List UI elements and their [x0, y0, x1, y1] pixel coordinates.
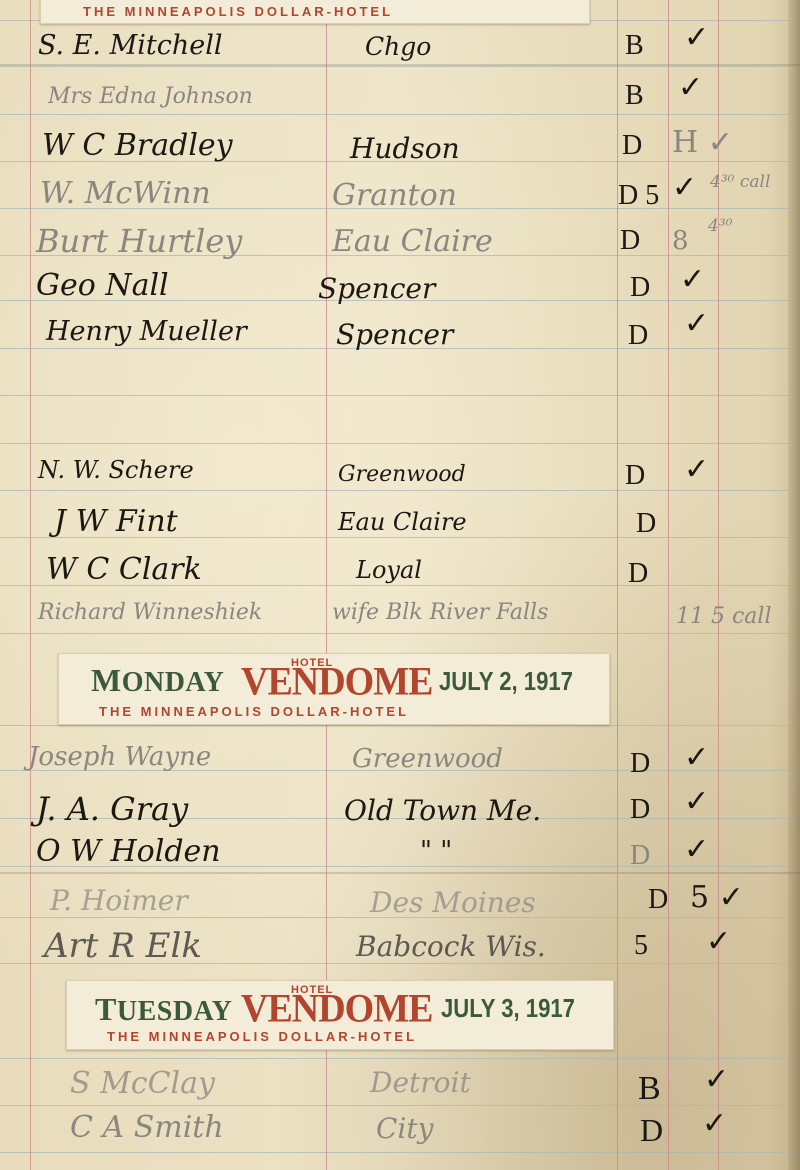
- guest-residence: Greenwood: [338, 462, 466, 487]
- room-code: D: [630, 840, 650, 872]
- guest-residence: Old Town Me.: [344, 794, 541, 827]
- guest-residence: Spencer: [336, 318, 453, 351]
- guest-residence: Hudson: [350, 132, 460, 165]
- vendome-logo: VENDOME: [241, 659, 432, 705]
- room-code: D: [630, 272, 650, 304]
- room-code: D: [622, 130, 642, 162]
- guest-residence: Eau Claire: [338, 508, 467, 536]
- margin-rule: [30, 0, 31, 1170]
- ruled-line: [0, 1152, 790, 1153]
- wake-call-note: 4³⁰ call: [710, 172, 770, 192]
- check-mark: ✓: [680, 262, 705, 297]
- strip-date: JULY 2, 1917: [439, 666, 573, 697]
- guest-residence: Eau Claire: [332, 224, 493, 259]
- room-code: D: [628, 320, 648, 352]
- vendome-logo: VENDOME: [241, 986, 432, 1032]
- date-strip-tuesday: TUESDAY HOTEL VENDOME JULY 3, 1917 THE M…: [66, 980, 614, 1050]
- guest-name: Richard Winneshiek: [38, 600, 262, 625]
- ruled-line: [0, 490, 790, 491]
- guest-name: Henry Mueller: [46, 316, 247, 347]
- room-code: D: [648, 884, 668, 916]
- room-code: D 5: [618, 180, 659, 212]
- column-rule: [617, 0, 618, 1170]
- guest-name: Joseph Wayne: [28, 742, 211, 772]
- strip-date: JULY 3, 1917: [441, 993, 575, 1024]
- ruled-line: [0, 114, 790, 115]
- guest-name: W C Clark: [46, 552, 202, 587]
- room-code: D: [636, 508, 656, 540]
- guest-name: W C Bradley: [42, 128, 233, 163]
- guest-name: Geo Nall: [36, 268, 169, 303]
- ruled-line: [0, 633, 790, 634]
- page-edge: [788, 0, 800, 1170]
- room-code: B: [625, 80, 644, 112]
- check-mark: ✓: [684, 784, 709, 819]
- ruled-line: [0, 66, 790, 67]
- wake-call-note: 11 5 call: [676, 604, 772, 629]
- guest-name: W. McWinn: [40, 176, 211, 211]
- guest-residence: wife Blk River Falls: [332, 600, 548, 625]
- guest-name: N. W. Schere: [38, 456, 194, 484]
- strip-day: MONDAY: [91, 662, 224, 699]
- check-mark: ✓: [678, 70, 703, 105]
- room-code: B: [625, 30, 644, 62]
- check-mark: ✓: [702, 1106, 727, 1141]
- room-code: D: [640, 1112, 663, 1149]
- guest-residence: Granton: [332, 178, 457, 213]
- room-code: D: [630, 794, 650, 826]
- check-mark: ✓: [684, 306, 709, 341]
- strip-day: TUESDAY: [95, 991, 232, 1028]
- room-code: B: [638, 1070, 661, 1108]
- guest-residence: Loyal: [356, 556, 422, 584]
- ruled-line: [0, 443, 790, 444]
- room-code: D: [625, 460, 645, 492]
- date-strip-monday: MONDAY HOTEL VENDOME JULY 2, 1917 THE MI…: [58, 653, 610, 725]
- date-strip-top: VENDOME THE MINNEAPOLIS DOLLAR-HOTEL: [40, 0, 590, 24]
- guest-residence: Greenwood: [352, 744, 503, 774]
- guest-residence: Chgo: [365, 32, 431, 61]
- guest-residence: Babcock Wis.: [356, 930, 546, 963]
- guest-residence: Detroit: [370, 1066, 471, 1099]
- guest-name: Burt Hurtley: [36, 222, 242, 260]
- room-code: D: [620, 225, 640, 257]
- wake-call-note: 4³⁰: [708, 216, 732, 236]
- guest-name: Mrs Edna Johnson: [48, 84, 253, 109]
- strip-tagline: THE MINNEAPOLIS DOLLAR-HOTEL: [107, 1029, 417, 1044]
- guest-residence: " ": [420, 836, 452, 866]
- guest-name: O W Holden: [36, 834, 221, 869]
- guest-residence: City: [376, 1112, 433, 1145]
- strip-tagline: THE MINNEAPOLIS DOLLAR-HOTEL: [83, 4, 393, 19]
- ruled-line: [0, 1058, 790, 1059]
- sheet-edge: [0, 872, 800, 874]
- check-mark: ✓: [704, 1062, 729, 1097]
- column-rule: [668, 0, 669, 1170]
- check-mark: H ✓: [672, 125, 733, 160]
- ruled-line: [0, 1105, 790, 1106]
- guest-name: J. A. Gray: [36, 790, 188, 828]
- room-code: 5: [634, 930, 648, 962]
- ruled-line: [0, 395, 790, 396]
- check-mark: ✓: [706, 924, 731, 959]
- sheet-edge: [0, 64, 800, 66]
- guest-name: S McClay: [70, 1066, 215, 1101]
- ruled-line: [0, 725, 790, 726]
- room-code: D: [630, 748, 650, 780]
- check-mark: ✓: [684, 20, 709, 55]
- check-mark: 5 ✓: [690, 880, 744, 915]
- guest-name: Art R Elk: [44, 926, 202, 966]
- check-mark: ✓: [684, 740, 709, 775]
- guest-name: J W Fint: [54, 504, 178, 539]
- check-mark: 8: [672, 226, 689, 256]
- room-code: D: [628, 558, 648, 590]
- check-mark: ✓: [684, 452, 709, 487]
- strip-tagline: THE MINNEAPOLIS DOLLAR-HOTEL: [99, 704, 409, 719]
- guest-name: S. E. Mitchell: [38, 30, 222, 61]
- guest-residence: Des Moines: [370, 886, 536, 919]
- guest-name: P. Hoimer: [50, 884, 188, 917]
- register-page: VENDOME THE MINNEAPOLIS DOLLAR-HOTEL MON…: [0, 0, 800, 1170]
- guest-name: C A Smith: [70, 1110, 224, 1145]
- check-mark: ✓: [684, 832, 709, 867]
- check-mark: ✓: [672, 170, 697, 205]
- guest-residence: Spencer: [318, 272, 435, 305]
